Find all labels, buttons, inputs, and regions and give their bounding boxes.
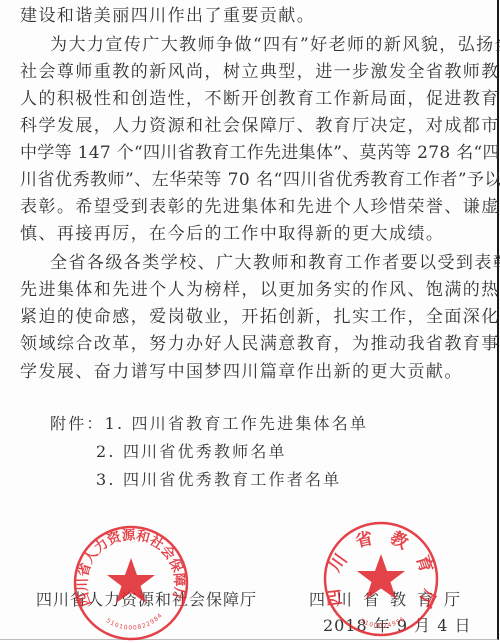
official-seal-hrss-icon: 四川省人力资源和社会保障厅 5101000822984​9 bbox=[72, 524, 190, 642]
paragraph-2-line: 社会尊师重教的新风尚，树立典型，进一步激发全省教师教书育 bbox=[20, 61, 480, 83]
paragraph-3-line: 紧迫的使命感，爱岗敬业，开拓创新，扎实工作，全面深化教育 bbox=[20, 306, 480, 328]
paragraph-2-line: 慎、再接再厉，在今后的工作中取得新的更大成绩。 bbox=[20, 223, 480, 245]
paragraph-3-line: 先进集体和先进个人为榜样，以更加务实的作风、饱满的热情、 bbox=[20, 279, 480, 301]
paragraph-2-line: 中学等 147 个“四川省教育工作先进集体”、莫芮等 278 名“四 bbox=[20, 142, 480, 164]
paragraph-1-line: 建设和谐美丽四川作出了重要贡献。 bbox=[20, 5, 480, 27]
attachment-item: 1. 四川省教育工作先进集体名单 bbox=[105, 414, 369, 433]
svg-text:5100024956: 5100024956 bbox=[359, 615, 407, 629]
paragraph-2-line: 表彰。希望受到表彰的先进集体和先进个人珍惜荣誉、谦虚谨 bbox=[20, 196, 480, 218]
attachments-label: 附件： bbox=[50, 414, 105, 433]
document-page: 建设和谐美丽四川作出了重要贡献。 为大力宣传广大教师争做“四有”好老师的新风貌，… bbox=[0, 0, 499, 640]
attachments-block: 附件：1. 四川省教育工作先进集体名单 bbox=[50, 413, 500, 435]
official-seal-education-icon: 四川省教育厅 5100024956 bbox=[322, 520, 440, 638]
attachment-item: 3. 四川省优秀教育工作者名单 bbox=[96, 469, 500, 491]
paragraph-3-line: 领域综合改革，努力办好人民满意教育，为推动我省教育事业科 bbox=[20, 333, 480, 355]
paragraph-3-line: 全省各级各类学校、广大教师和教育工作者要以受到表彰的 bbox=[50, 252, 480, 274]
paragraph-3-line: 学发展、奋力谱写中国梦四川篇章作出新的更大贡献。 bbox=[20, 361, 480, 383]
attachment-item: 2. 四川省优秀教师名单 bbox=[96, 441, 500, 463]
paragraph-2-line: 科学发展，人力资源和社会保障厅、教育厅决定，对成都市玉林 bbox=[20, 115, 480, 137]
paragraph-2-line: 人的积极性和创造性，不断开创教育工作新局面，促进教育事业 bbox=[20, 88, 480, 110]
paragraph-2-line: 川省优秀教师”、左华荣等 70 名“四川省优秀教育工作者”予以 bbox=[20, 169, 480, 191]
paragraph-2-line: 为大力宣传广大教师争做“四有”好老师的新风貌，弘扬全 bbox=[50, 34, 480, 56]
